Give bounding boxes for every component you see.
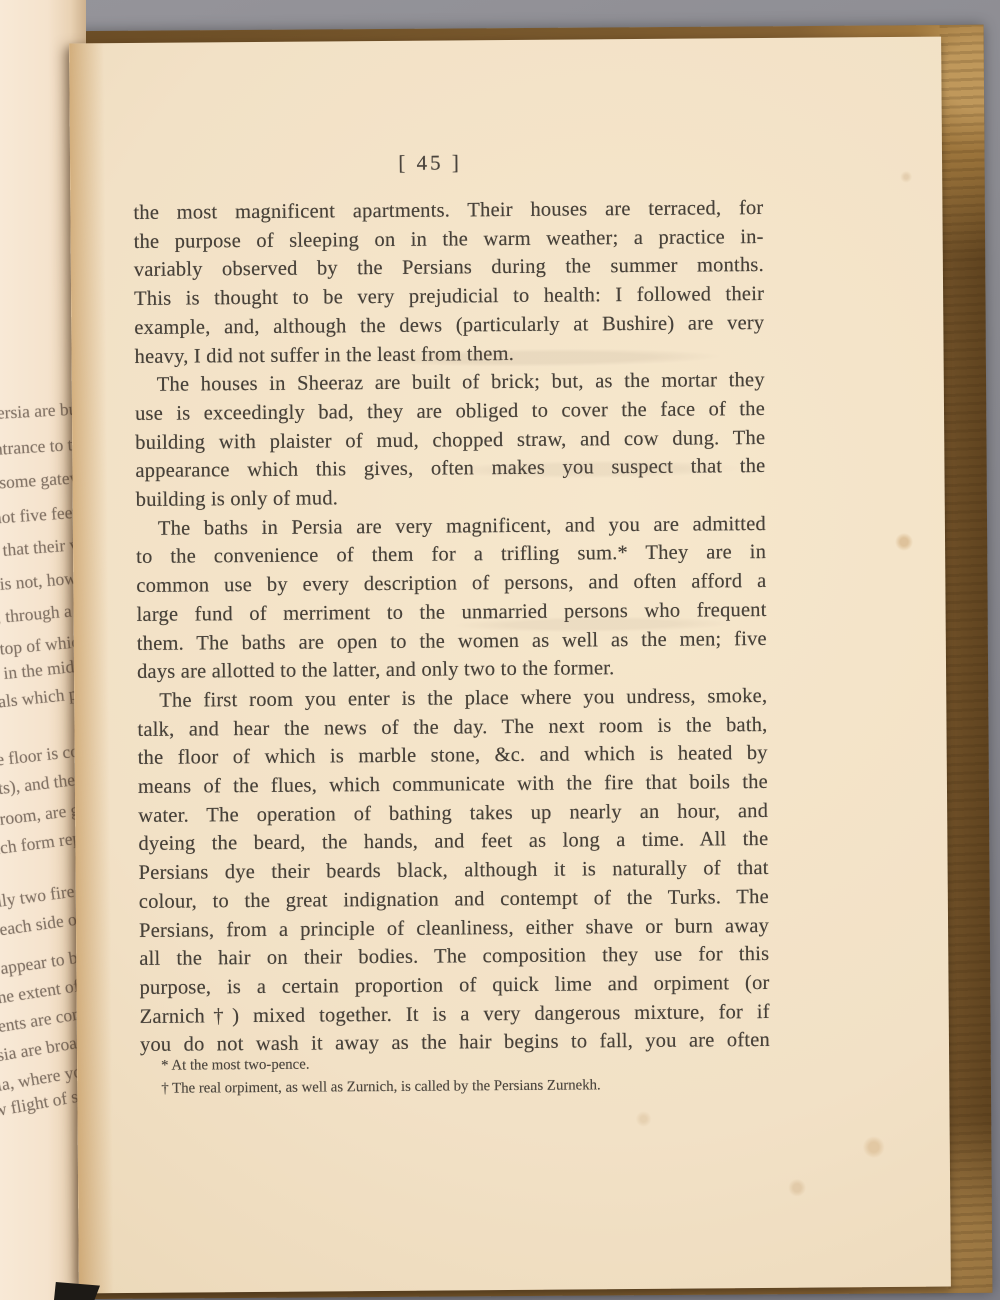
text-line: use is exceedingly bad, they are obliged… (135, 395, 765, 429)
text-line: means of the flues, which communicate wi… (138, 768, 768, 802)
paragraph: The baths in Persia are very magnificent… (136, 510, 767, 687)
text-line: example, and, although the dews (particu… (134, 309, 764, 343)
photographed-book-scan: n Persia are builte entrance to theandso… (0, 0, 1000, 1300)
footnote: † The real orpiment, as well as Zurnich,… (140, 1072, 770, 1099)
paragraph: the most magnificent apartments. Their h… (133, 194, 764, 371)
text-line: the most magnificent apartments. Their h… (133, 194, 763, 228)
text-line: appearance which this gives, often makes… (135, 452, 765, 486)
footnotes-block: * At the most two-pence.† The real orpim… (140, 1050, 770, 1100)
text-line: The first room you enter is the place wh… (137, 682, 767, 716)
paragraph: The houses in Sheeraz are built of brick… (135, 366, 766, 514)
body-text-column: the most magnificent apartments. Their h… (133, 194, 770, 1060)
page-number-header: [ 45 ] (115, 148, 745, 178)
text-line: them. The baths are open to the women as… (137, 625, 767, 659)
book-page: [ 45 ] the most magnificent apartments. … (69, 37, 951, 1294)
text-line: purpose, is a certain proportion of quic… (139, 969, 769, 1003)
paragraph: The first room you enter is the place wh… (137, 682, 770, 1060)
text-line: colour, to the great indignation and con… (139, 883, 769, 917)
facing-page-text-fragment: On each side of (0, 908, 84, 944)
text-line: This is thought to be very prejudicial t… (134, 280, 764, 314)
text-line: large fund of merriment to the unmarried… (136, 596, 766, 630)
